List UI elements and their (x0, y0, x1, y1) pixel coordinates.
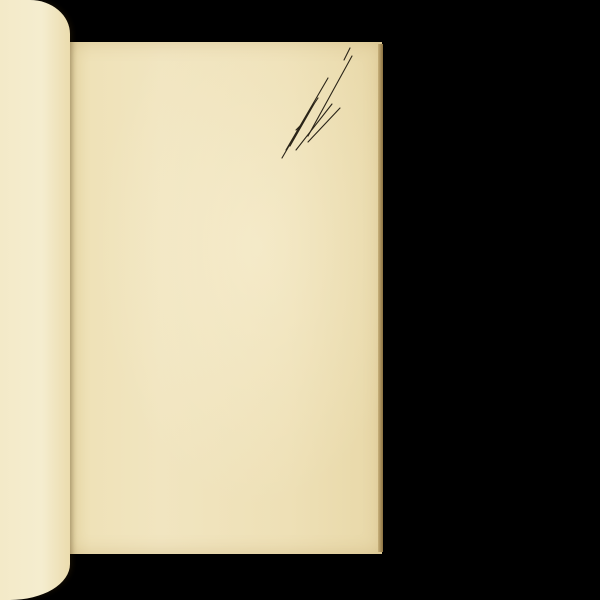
signature-icon (268, 46, 358, 166)
left-page-curl (0, 0, 70, 600)
page-edge (378, 44, 383, 552)
book-photo (0, 0, 600, 600)
